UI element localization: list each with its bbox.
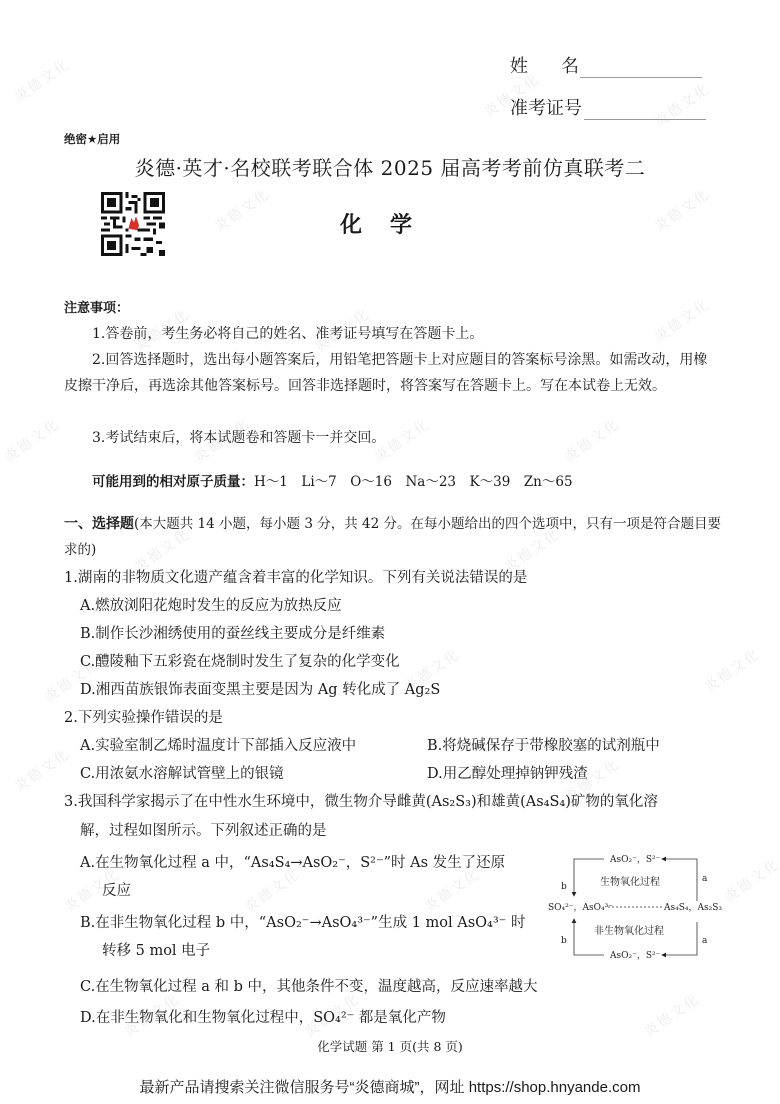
section-desc: (本大题共 14 小题，每小题 3 分，共 42 分。在每小题给出的四个选项中，… (64, 516, 721, 558)
question-1-option-b[interactable]: B.制作长沙湘绣使用的蚕丝线主要成分是纤维素 (80, 622, 385, 643)
question-3-option-b-cont: 转移 5 mol 电子 (102, 939, 210, 960)
exam-title: 炎德·英才·名校联考联合体 2025 届高考考前仿真联考二 (70, 152, 710, 181)
question-3-option-b[interactable]: B.在非生物氧化过程 b 中，“AsO₂⁻→AsO₄³⁻”生成 1 mol As… (80, 911, 525, 932)
diagram-left-product: SO₄²⁻，AsO₄³⁻ (548, 903, 613, 913)
qr-code-icon (101, 192, 165, 256)
secret-label: 绝密★启用 (64, 131, 120, 147)
diagram-top-product: AsO₂⁻，S²⁻ (609, 855, 661, 865)
watermark: 炎德文化 (210, 183, 274, 236)
diagram-right-reactant: As₄S₄，As₂S₃ (663, 903, 722, 913)
atomic-mass-values: H～1 Li～7 O～16 Na～23 K～39 Zn～65 (254, 474, 573, 490)
page-footer: 化学试题 第 1 页(共 8 页) (0, 1037, 780, 1055)
diagram-lower-label: 非生物氧化过程 (594, 924, 664, 937)
question-3-option-a[interactable]: A.在生物氧化过程 a 中，“As₄S₄→AsO₂⁻，S²⁻”时 As 发生了还… (80, 851, 505, 872)
diagram-bottom-product: AsO₂⁻，S²⁻ (609, 951, 661, 961)
notice-title: 注意事项： (64, 297, 129, 316)
diagram-upper-label: 生物氧化过程 (600, 875, 660, 888)
watermark: 炎德文化 (700, 643, 764, 696)
oxidation-process-diagram: AsO₂⁻，S²⁻ AsO₂⁻，S²⁻ SO₄²⁻，AsO₄³⁻ As₄S₄，A… (544, 848, 734, 966)
diagram-step-b-bottom: b (561, 936, 567, 946)
watermark: 炎德文化 (10, 53, 74, 106)
question-3-option-c[interactable]: C.在生物氧化过程 a 和 b 中，其他条件不变，温度越高，反应速率越大 (80, 975, 538, 996)
notice-item-2: 2.回答选择题时，选出每小题答案后，用铅笔把答题卡上对应题目的答案标号涂黑。如需… (64, 347, 720, 399)
exam-id-field[interactable]: 准考证号 (510, 94, 706, 120)
question-2-option-c[interactable]: C.用浓氨水溶解试管壁上的银镜 (80, 762, 284, 783)
question-1-stem: 1.湖南的非物质文化遗产蕴含着丰富的化学知识。下列有关说法错误的是 (64, 566, 527, 587)
question-3-option-a-cont: 反应 (102, 879, 131, 900)
question-2-option-d[interactable]: D.用乙醇处理掉钠钾残渣 (427, 762, 588, 783)
watermark: 炎德文化 (640, 988, 704, 1041)
exam-id-input-line[interactable] (584, 99, 706, 120)
watermark: 炎德文化 (0, 413, 64, 466)
exam-id-label: 准考证号 (510, 94, 582, 120)
notice-item-3: 3.考试结束后，将本试题卷和答题卡一并交回。 (64, 425, 720, 451)
section-title: 一、选择题 (64, 516, 134, 532)
question-2-option-a[interactable]: A.实验室制乙烯时温度计下部插入反应液中 (80, 734, 356, 755)
diagram-step-b-top: b (561, 882, 567, 892)
question-3-option-d[interactable]: D.在非生物氧化和生物氧化过程中，SO₄²⁻ 都是氧化产物 (80, 1006, 446, 1027)
watermark: 炎德文化 (650, 183, 714, 236)
question-3-stem-line1: 3.我国科学家揭示了在中性水生环境中，微生物介导雌黄(As₂S₃)和雄黄(As₄… (64, 790, 658, 811)
diagram-step-a-bottom: a (702, 936, 708, 946)
atomic-mass-line: 可能用到的相对原子质量：H～1 Li～7 O～16 Na～23 K～39 Zn～… (92, 470, 573, 490)
question-1-option-d[interactable]: D.湘西苗族银饰表面变黑主要是因为 Ag 转化成了 Ag₂S (80, 678, 440, 699)
diagram-step-a-top: a (702, 874, 708, 884)
question-2-option-b[interactable]: B.将烧碱保存于带橡胶塞的试剂瓶中 (427, 734, 660, 755)
notice-item-1: 1.答卷前，考生务必将自己的姓名、准考证号填写在答题卡上。 (64, 321, 720, 347)
subject-title: 化学 (340, 208, 440, 239)
question-1-option-c[interactable]: C.醴陵釉下五彩瓷在烧制时发生了复杂的化学变化 (80, 650, 400, 671)
question-3-stem-line2: 解，过程如图所示。下列叙述正确的是 (80, 819, 327, 840)
name-field[interactable]: 姓 名 (510, 52, 702, 78)
name-label: 姓 名 (510, 52, 578, 78)
watermark: 炎德文化 (10, 743, 74, 796)
name-input-line[interactable] (580, 57, 702, 78)
promo-banner: 最新产品请搜索关注微信服务号“炎德商城”，网址 https://shop.hny… (0, 1076, 780, 1097)
atomic-mass-label: 可能用到的相对原子质量： (92, 474, 254, 490)
section-header: 一、选择题(本大题共 14 小题，每小题 3 分，共 42 分。在每小题给出的四… (64, 511, 724, 563)
question-2-stem: 2.下列实验操作错误的是 (64, 706, 223, 727)
question-1-option-a[interactable]: A.燃放浏阳花炮时发生的反应为放热反应 (80, 594, 342, 615)
